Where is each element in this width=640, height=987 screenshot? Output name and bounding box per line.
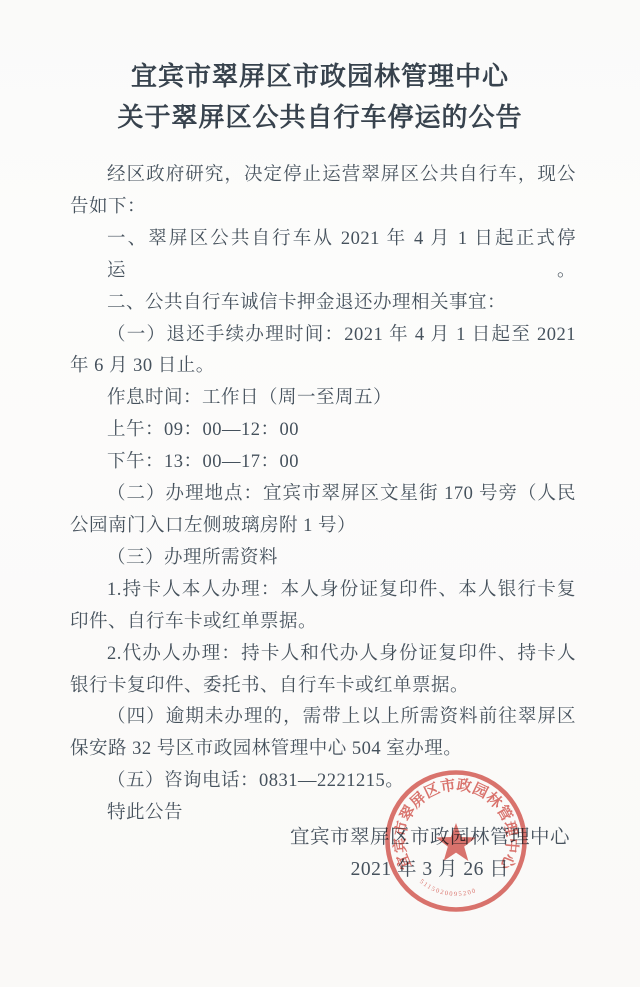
body-line: （三）办理所需资料 [70,543,576,575]
body-line: 1.持卡人本人办理：本人身份证复印件、本人银行卡复 [70,575,576,607]
body-line: 印件、自行车卡或红单票据。 [70,607,576,639]
notice-title: 宜宾市翠屏区市政园林管理中心 关于翠屏区公共自行车停运的公告 [0,56,640,138]
body-line: 作息时间：工作日（周一至周五） [70,383,576,415]
notice-title-line-1: 宜宾市翠屏区市政园林管理中心 [0,56,640,97]
signature-org: 宜宾市翠屏区市政园林管理中心 [290,822,570,854]
body-line: 年 6 月 30 日止。 [70,351,576,383]
body-line: 告如下： [70,192,576,224]
notice-body: 经区政府研究，决定停止运营翠屏区公共自行车，现公告如下：一、翠屏区公共自行车从 … [70,160,576,830]
body-line: 二、公共自行车诚信卡押金退还办理相关事宜： [70,288,576,320]
body-line: 保安路 32 号区市政园林管理中心 504 室办理。 [70,734,576,766]
signature-date: 2021 年 3 月 26 日 [290,854,570,886]
body-line: 经区政府研究，决定停止运营翠屏区公共自行车，现公 [70,160,576,192]
body-line: 下午：13：00—17：00 [70,447,576,479]
body-line: 上午：09：00—12：00 [70,415,576,447]
document-page: 宜宾市翠屏区市政园林管理中心 关于翠屏区公共自行车停运的公告 经区政府研究，决定… [0,0,640,987]
body-line: 2.代办人办理：持卡人和代办人身份证复印件、持卡人 [70,639,576,671]
body-line: （四）逾期未办理的，需带上以上所需资料前往翠屏区 [70,702,576,734]
body-line: 一、翠屏区公共自行车从 2021 年 4 月 1 日起正式停运。 [70,224,576,288]
body-line: （二）办理地点：宜宾市翠屏区文星街 170 号旁（人民 [70,479,576,511]
body-line: 银行卡复印件、委托书、自行车卡或红单票据。 [70,671,576,703]
body-line: 公园南门入口左侧玻璃房附 1 号） [70,511,576,543]
body-line: （五）咨询电话：0831—2221215。 [70,766,576,798]
notice-title-line-2: 关于翠屏区公共自行车停运的公告 [0,97,640,138]
body-line: （一）退还手续办理时间：2021 年 4 月 1 日起至 2021 [70,320,576,352]
signature-block: 宜宾市翠屏区市政园林管理中心 2021 年 3 月 26 日 [290,822,570,886]
